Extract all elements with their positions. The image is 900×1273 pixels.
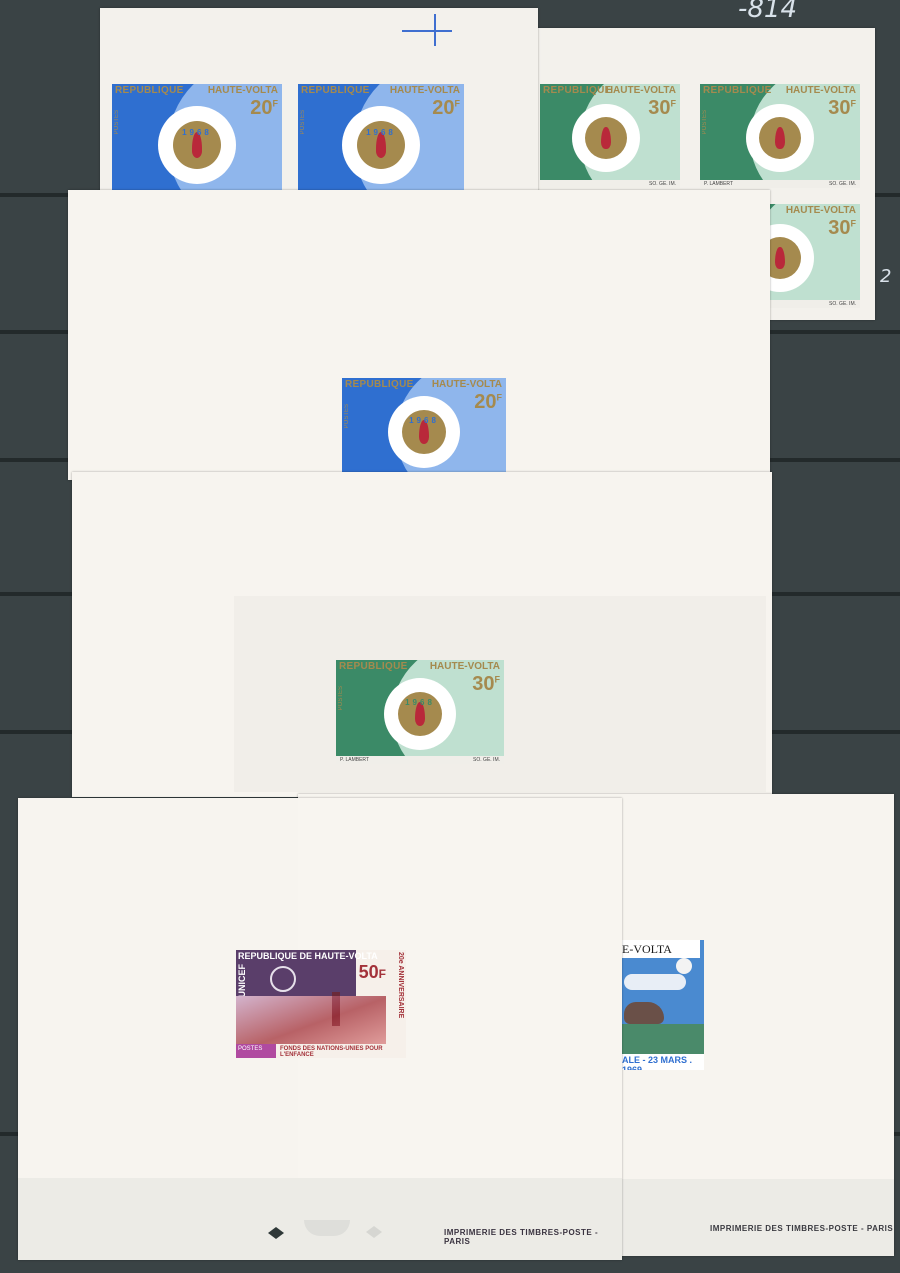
human-rights-emblem xyxy=(572,104,640,172)
die-proof-20f-sheet: REPUBLIQUE HAUTE-VOLTA 20F POSTES 1968 xyxy=(68,190,770,480)
stamp-30f[interactable]: REPUBLIQUE HAUTE-VOLTA 30F POSTES P. LAM… xyxy=(700,84,860,188)
die-proof-stamp-unicef-50f[interactable]: REPUBLIQUE DE HAUTE-VOLTA UNICEF 50F 20e… xyxy=(236,950,406,1058)
grass xyxy=(620,1024,704,1054)
human-rights-emblem: 1968 xyxy=(342,106,420,184)
die-proof-stamp-meteo[interactable]: E-VOLTA ALE - 23 MARS . 1969 xyxy=(620,940,704,1070)
die-proof-stamp-30f[interactable]: REPUBLIQUE HAUTE-VOLTA 30F POSTES 1968 P… xyxy=(336,660,504,764)
cloud xyxy=(624,974,686,990)
registration-cross xyxy=(434,14,436,46)
stamp-20f[interactable]: REPUBLIQUE HAUTE-VOLTA 20F POSTES 1968 P… xyxy=(298,84,464,202)
human-rights-emblem: 1968 xyxy=(384,678,456,750)
stamp-20f[interactable]: REPUBLIQUE HAUTE-VOLTA 20F POSTES 1968 P… xyxy=(112,84,282,202)
unicef-emblem xyxy=(270,966,296,992)
animal-figure xyxy=(624,1002,664,1024)
blue-pair-sheet: REPUBLIQUE HAUTE-VOLTA 20F POSTES 1968 P… xyxy=(100,8,538,208)
handwritten-count: 2 xyxy=(880,266,891,287)
imprint-text: IMPRIMERIE DES TIMBRES-POSTE - PARIS xyxy=(710,1224,893,1233)
stamp-30f[interactable]: REPUBLIQUE HAUTE-VOLTA 30F SO. GE. IM. xyxy=(540,84,680,188)
die-proof-unicef-sheet: REPUBLIQUE DE HAUTE-VOLTA UNICEF 50F 20e… xyxy=(18,798,622,1260)
balloon-icon xyxy=(676,958,692,974)
imprint-text: IMPRIMERIE DES TIMBRES-POSTE - PARIS xyxy=(444,1228,622,1246)
die-impression-area xyxy=(18,1178,622,1260)
handwritten-catalog-number: -814 xyxy=(738,0,797,24)
human-rights-emblem: 1968 xyxy=(158,106,236,184)
die-proof-stamp-20f[interactable]: REPUBLIQUE HAUTE-VOLTA 20F POSTES 1968 xyxy=(342,378,506,478)
human-rights-emblem: 1968 xyxy=(388,396,460,468)
human-rights-emblem xyxy=(746,104,814,172)
die-proof-30f-sheet: REPUBLIQUE HAUTE-VOLTA 30F POSTES 1968 P… xyxy=(72,472,772,797)
registration-cross xyxy=(402,30,452,32)
